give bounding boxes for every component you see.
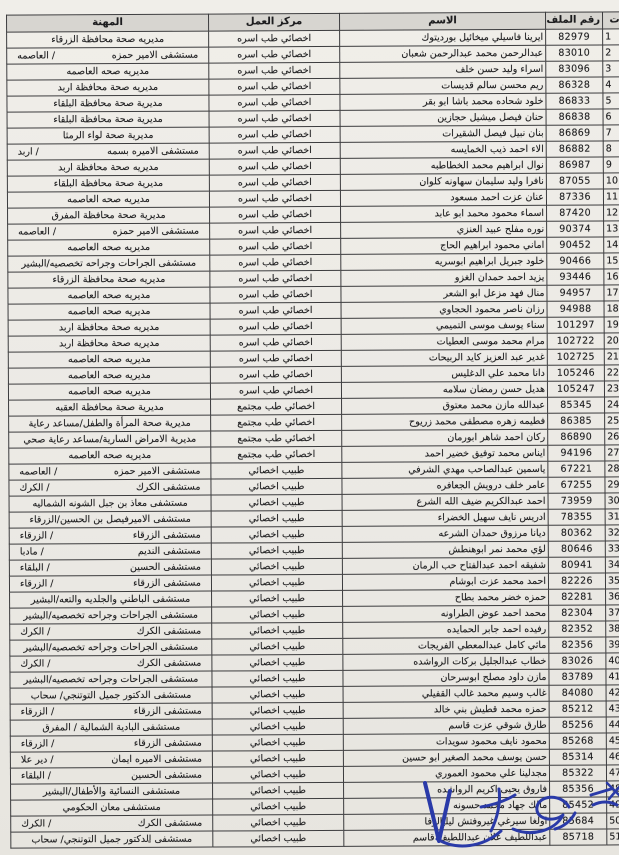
profession-cell: مستشفى الاميرفيصل بن الحسين/الزرقاء [9,511,211,528]
work-center-cell: اخصائي طب اسره [209,190,340,207]
serial-cell: 43 [606,701,619,717]
serial-cell: 21 [604,349,619,365]
profession-cell: مديرية صحة محافظة البلقاء [7,175,209,192]
scanned-page: ت رقم الملف الاسم مركز العمل المهنة 1829… [6,11,619,848]
file-number-cell: 67221 [548,461,605,477]
serial-cell: 5 [603,93,619,109]
name-cell: ماثي كامل عبدالمعطي الفريجات [343,637,549,654]
serial-cell: 29 [605,477,619,493]
serial-cell: 26 [605,429,619,445]
name-cell: اماني محمود ابراهيم الحاج [341,237,547,254]
profession-cell: مديرية صحة المرأة والطفل/مساعد رعاية [9,415,211,432]
serial-cell: 31 [605,509,619,525]
file-number-cell: 80941 [548,557,605,573]
file-number-cell: 90466 [547,253,604,269]
file-number-cell: 86833 [546,93,603,109]
name-cell: سناء يوسف موسى التميمي [341,317,547,334]
name-cell: عبدالرحمن محمد عبدالرحمن شعبان [340,45,546,62]
work-center-cell: طبيب اخصائي [213,814,344,831]
profession-cell: مستشفى الحسين/ البلقاء [9,559,211,576]
profession-cell: مديريه صحه العاصمه [8,367,210,384]
serial-cell: 19 [604,317,619,333]
file-number-cell: 94957 [547,285,604,301]
serial-cell: 39 [606,637,619,653]
file-number-cell: 83010 [546,45,603,61]
work-center-cell: اخصائي طب اسره [209,30,340,47]
serial-cell: 24 [605,397,619,413]
profession-cell: مديريه صحه العاصمه [8,239,210,256]
work-center-cell: اخصائي طب اسره [209,62,340,79]
serial-cell: 33 [605,541,619,557]
work-center-cell: طبيب اخصائي [212,702,343,719]
work-center-cell: طبيب اخصائي [211,462,342,479]
work-center-cell: اخصائي طب مجتمع [211,446,342,463]
profession-cell: مديريه صحة محافظة اربد [8,319,210,336]
serial-cell: 32 [605,525,619,541]
profession-cell: مستشفى معاذ بن جبل الشونه الشماليه [9,495,211,512]
profession-cell: مستشفى الجراحات وجراحه تخصصيه/البشير [10,639,212,656]
work-center-cell: اخصائي طب اسره [210,206,341,223]
name-cell: يزيد احمد حمدان الغزو [341,269,547,286]
name-cell: دانا محمد علي الدغليس [341,365,547,382]
name-cell: ديانا مرزوق حمدان الشرعه [342,525,548,542]
file-number-cell: 87420 [547,205,604,221]
header-serial: ت [602,12,619,29]
name-cell: احمد عبدالكريم ضيف الله الشرع [342,493,548,510]
name-cell: غالب وسيم محمد غالب القفيلي [343,685,549,702]
profession-cell: مديرية صحة محافظة العقبه [9,399,211,416]
header-profession: المهنة [7,14,209,32]
file-number-cell: 85256 [549,717,606,733]
name-cell: محمود نايف محمود سويدات [343,733,549,750]
name-cell: ياسمين عبدالصاحب مهدي الشرفي [342,461,548,478]
name-cell: رزان ناصر محمود الحجاوي [341,301,547,318]
name-cell: بنان نبيل فيصل الشقيرات [340,125,546,142]
profession-cell: مديريه صحة محافظة الزرقاء [8,271,210,288]
serial-cell: 34 [605,557,619,573]
file-number-cell: 83096 [546,61,603,77]
work-center-cell: طبيب اخصائي [212,622,343,639]
work-center-cell: طبيب اخصائي [212,670,343,687]
name-cell: ركان احمد شاهر ابورمان [342,429,548,446]
name-cell: غدير عبد العزيز كايد الربيحات [341,349,547,366]
work-center-cell: اخصائي طب اسره [209,158,340,175]
name-cell: نافرا وليد سليمان سهاونه كلوان [340,173,546,190]
work-center-cell: طبيب اخصائي [212,734,343,751]
profession-cell: مديرية صحة محافظة المفرق [8,207,210,224]
file-number-cell: 82356 [549,637,606,653]
file-number-cell: 94988 [547,301,604,317]
file-number-cell: 85345 [548,397,605,413]
serial-cell: 42 [606,685,619,701]
serial-cell: 44 [606,717,619,733]
serial-cell: 13 [604,221,619,237]
work-center-cell: اخصائي طب اسره [209,94,340,111]
profession-cell: مديريه صحة محافظة اربد [7,159,209,176]
profession-cell: مديريه صحة محافظة اربد [8,335,210,352]
serial-cell: 20 [604,333,619,349]
serial-cell: 9 [603,157,619,173]
work-center-cell: اخصائي طب اسره [210,238,341,255]
work-center-cell: اخصائي طب اسره [209,78,340,95]
file-number-cell: 85212 [549,701,606,717]
profession-cell: مديريه صحه العاصمه [8,303,210,320]
file-number-cell: 86869 [546,125,603,141]
serial-cell: 14 [604,237,619,253]
name-cell: حنان فيصل ميشيل حجازين [340,109,546,126]
work-center-cell: طبيب اخصائي [212,718,343,735]
work-center-cell: اخصائي طب اسره [210,350,341,367]
name-cell: خلود جبريل ابراهيم ابوسريه [341,253,547,270]
profession-cell: مستشفى معان الحكومي [11,799,213,816]
profession-cell: مديريه صحه العاصمه [8,351,210,368]
file-number-cell: 86838 [546,109,603,125]
profession-cell: مستشفى الكرك/ الكرك [9,479,211,496]
name-cell: الاء احمد ذيب الخمايسه [340,141,546,158]
work-center-cell: طبيب اخصائي [212,750,343,767]
profession-cell: مديريه صحة محافظة الزرقاء [7,31,209,48]
profession-cell: مستشفى الباطني والجلديه والتعه/البشير [10,591,212,608]
profession-cell: مستشفى الكرك/ الكرك [10,623,212,640]
work-center-cell: اخصائي طب اسره [209,110,340,127]
serial-cell: 15 [604,253,619,269]
name-cell: مازن داود مصلح ابوسرحان [343,669,549,686]
profession-cell: مديريه صحه العاصمه [7,63,209,80]
name-cell: احمد محمد عزت ابوشام [342,573,548,590]
serial-cell: 1 [603,29,619,45]
profession-cell: مستشفى الزرقاء/ الزرقاء [10,735,212,752]
serial-cell: 37 [606,605,619,621]
file-number-cell: 90374 [547,221,604,237]
file-number-cell: 67255 [548,477,605,493]
name-cell: حمزه محمد قطيش بني خالد [343,701,549,718]
file-number-cell: 85268 [549,733,606,749]
file-number-cell: 86882 [546,141,603,157]
profession-cell: مستشفى النسائية والأطفال/البشير [11,783,213,800]
work-center-cell: طبيب اخصائي [211,526,342,543]
profession-cell: مستشفى النديم/ مادبا [9,543,211,560]
work-center-cell: اخصائي طب اسره [210,318,341,335]
file-number-cell: 73959 [548,493,605,509]
name-cell: اسراء وليد حسن خلف [340,61,546,78]
work-center-cell: طبيب اخصائي [212,590,343,607]
profession-cell: مديريه صحه العاصمه [8,287,210,304]
profession-cell: مستشفى الكرك/ الكرك [11,815,213,832]
profession-cell: مستشفى الجراحات وجراحه تخصصيه/البشير [10,671,212,688]
work-center-cell: اخصائي طب اسره [210,222,341,239]
work-center-cell: اخصائي طب اسره [210,254,341,271]
serial-cell: 36 [606,589,619,605]
serial-cell: 6 [603,109,619,125]
name-cell: ايناس محمد توفيق خضير احمد [342,445,548,462]
file-number-cell: 83026 [549,653,606,669]
profession-cell: مستشفى الاميره بسمه/ اربد [7,143,209,160]
handwritten-signature [363,779,619,855]
work-center-cell: طبيب اخصائي [213,782,344,799]
profession-cell: مديريه صحه العاصمه [8,383,210,400]
serial-cell: 11 [603,189,619,205]
profession-cell: مستشفى الزرقاء/ الزرقاء [9,575,211,592]
name-cell: محمد احمد عوض الطراونه [343,605,549,622]
serial-cell: 27 [605,445,619,461]
work-center-cell: طبيب اخصائي [211,542,342,559]
serial-cell: 23 [604,381,619,397]
file-number-cell: 82281 [549,589,606,605]
work-center-cell: اخصائي طب اسره [210,382,341,399]
scan-speck [148,840,151,843]
work-center-cell: اخصائي طب اسره [209,142,340,159]
profession-cell: مستشفى الزرقاء/ الزرقاء [10,703,212,720]
work-center-cell: طبيب اخصائي [212,606,343,623]
name-cell: عبدالله مازن محمد معتوق [342,397,548,414]
profession-cell: مستشفى الدكتور جميل التوتنجي/ سحاب [10,687,212,704]
name-cell: هديل حسن رمضان سلامه [341,381,547,398]
file-number-cell: 105246 [547,365,604,381]
serial-cell: 10 [603,173,619,189]
profession-cell: مستشفى البادية الشمالية / المفرق [10,719,212,736]
profession-cell: مديريه صحه العاصمه [7,191,209,208]
work-center-cell: اخصائي طب مجتمع [211,398,342,415]
name-cell: نوره مفلح عبيد العنزي [341,221,547,238]
profession-cell: مستشفى الدكتور جميل التوتنجي/ سحاب [11,831,213,848]
file-number-cell: 87055 [546,173,603,189]
work-center-cell: طبيب اخصائي [212,654,343,671]
serial-cell: 22 [604,365,619,381]
file-number-cell: 82304 [549,605,606,621]
file-number-cell: 86328 [546,77,603,93]
name-cell: عنان عزت احمد مسعود [340,189,546,206]
file-number-cell: 80646 [548,541,605,557]
serial-cell: 18 [604,301,619,317]
header-work-center: مركز العمل [209,13,340,31]
profession-cell: مستشفى الامير حمزه/ العاصمه [9,463,211,480]
work-center-cell: اخصائي طب اسره [209,174,340,191]
work-center-cell: طبيب اخصائي [211,574,342,591]
name-cell: طارق شوقي عزت قاسم [343,717,549,734]
file-number-cell: 82979 [546,29,603,45]
work-center-cell: طبيب اخصائي [211,510,342,527]
work-center-cell: طبيب اخصائي [213,798,344,815]
profession-cell: مديرية صحة محافظة البلقاء [7,111,209,128]
file-number-cell: 101297 [547,317,604,333]
name-cell: خلود شحاده محمد باشا ابو بقر [340,93,546,110]
profession-cell: مستشفى الجراحات وجراحه تخصصيه/البشير [8,255,210,272]
work-center-cell: طبيب اخصائي [212,638,343,655]
header-name: الاسم [340,12,546,30]
serial-cell: 25 [605,413,619,429]
serial-cell: 12 [604,205,619,221]
profession-cell: مديرية صحة لواء الرمثا [7,127,209,144]
work-center-cell: اخصائي طب اسره [209,46,340,63]
profession-cell: مديريه صحة محافظة اربد [7,79,209,96]
name-cell: خطاب عبدالجليل بركات الرواشده [343,653,549,670]
profession-cell: مستشفى الامير حمزه/ العاصمه [7,47,209,64]
scan-speck [603,636,605,638]
name-cell: لؤي محمد نمر ابوهنطش [342,541,548,558]
file-number-cell: 102722 [547,333,604,349]
name-cell: حسن يوسف محمد الصغير ابو حسين [343,749,549,766]
profession-cell: مديرية صحة محافظة البلقاء [7,95,209,112]
file-number-cell: 94196 [548,445,605,461]
work-center-cell: طبيب اخصائي [211,558,342,575]
serial-cell: 45 [606,733,619,749]
serial-cell: 8 [603,141,619,157]
work-center-cell: اخصائي طب اسره [210,334,341,351]
name-cell: نوال ابراهيم محمد الخطاطبه [340,157,546,174]
file-number-cell: 82226 [548,573,605,589]
serial-cell: 7 [603,125,619,141]
serial-cell: 46 [606,749,619,765]
work-center-cell: طبيب اخصائي [212,686,343,703]
file-number-cell: 87336 [546,189,603,205]
file-number-cell: 93446 [547,269,604,285]
profession-cell: مستشفى الحسين/ البلقاء [10,767,212,784]
name-cell: حمزه خضر محمد بطاح [343,589,549,606]
file-number-cell: 82352 [549,621,606,637]
serial-cell: 38 [606,621,619,637]
work-center-cell: طبيب اخصائي [211,478,342,495]
work-center-cell: اخصائي طب اسره [210,302,341,319]
file-number-cell: 83789 [549,669,606,685]
work-center-cell: اخصائي طب اسره [210,286,341,303]
serial-cell: 17 [604,285,619,301]
profession-cell: مستشفى الاميره ايمان/ دير علا [10,751,212,768]
header-file-number: رقم الملف [545,12,602,29]
serial-cell: 40 [606,653,619,669]
work-center-cell: طبيب اخصائي [213,830,344,847]
serial-cell: 28 [605,461,619,477]
profession-cell: مستشفى الجراحات وجراحه تخصصيه/البشير [10,607,212,624]
serial-cell: 30 [605,493,619,509]
profession-cell: مديرية الامراض السارية/مساعد رعاية صحي [9,431,211,448]
file-number-cell: 86385 [548,413,605,429]
staff-roster-table: ت رقم الملف الاسم مركز العمل المهنة 1829… [6,11,619,848]
serial-cell: 4 [603,77,619,93]
name-cell: ريم محسن سالم قديسات [340,77,546,94]
serial-cell: 16 [604,269,619,285]
serial-cell: 41 [606,669,619,685]
records-tbody: 182979ايرينا فاسيلي ميخائيل بورديتوكاخصا… [7,29,619,848]
name-cell: ادريس نايف سهيل الخضراء [342,509,548,526]
profession-cell: مستشفى الكرك/ الكرك [10,655,212,672]
name-cell: عامر خلف درويش الجعافره [342,477,548,494]
name-cell: رفيده احمد جابر الحمايده [343,621,549,638]
profession-cell: مستشفى الامير حمزه/ العاصمه [8,223,210,240]
name-cell: ايرينا فاسيلي ميخائيل بورديتوك [340,29,546,46]
work-center-cell: طبيب اخصائي [212,766,343,783]
work-center-cell: اخصائي طب اسره [209,126,340,143]
file-number-cell: 78355 [548,509,605,525]
file-number-cell: 90452 [547,237,604,253]
name-cell: مرام محمد موسى العطيات [341,333,547,350]
file-number-cell: 102725 [547,349,604,365]
profession-cell: مستشفى الزرقاء/ الزرقاء [9,527,211,544]
serial-cell: 2 [603,45,619,61]
serial-cell: 35 [605,573,619,589]
profession-cell: مديريه صحه العاصمه [9,447,211,464]
work-center-cell: اخصائي طب مجتمع [211,430,342,447]
file-number-cell: 105247 [547,381,604,397]
serial-cell: 3 [603,61,619,77]
work-center-cell: اخصائي طب اسره [210,366,341,383]
work-center-cell: اخصائي طب اسره [210,270,341,287]
file-number-cell: 84080 [549,685,606,701]
file-number-cell: 86890 [548,429,605,445]
name-cell: فطيمه زهره مصطفى محمد زريوح [342,413,548,430]
name-cell: شفيقه احمد عبدالفتاح حب الرمان [342,557,548,574]
name-cell: اسماء محمود محمد ابو عابد [341,205,547,222]
name-cell: منال فهد مزعل ابو الشعر [341,285,547,302]
work-center-cell: طبيب اخصائي [211,494,342,511]
work-center-cell: اخصائي طب مجتمع [211,414,342,431]
file-number-cell: 80362 [548,525,605,541]
file-number-cell: 85314 [549,749,606,765]
file-number-cell: 86987 [546,157,603,173]
